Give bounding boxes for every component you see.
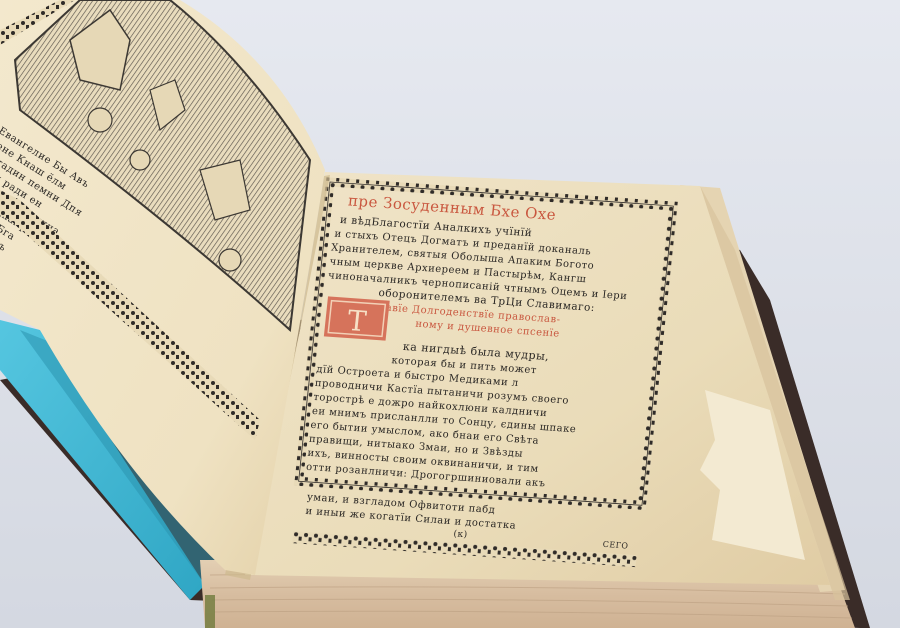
- headband: [205, 595, 215, 628]
- initial-glyph: Т: [346, 304, 368, 338]
- red-initial-letter: Т: [324, 296, 390, 340]
- folio-number: (к): [453, 528, 468, 540]
- antique-book-illustration: пре Зосуденным Бхе Охе и вѣдБлагостїи Ан…: [0, 0, 900, 628]
- book-photo: пре Зосуденным Бхе Охе и вѣдБлагостїи Ан…: [0, 0, 900, 628]
- catchword: СЕГО: [602, 540, 629, 551]
